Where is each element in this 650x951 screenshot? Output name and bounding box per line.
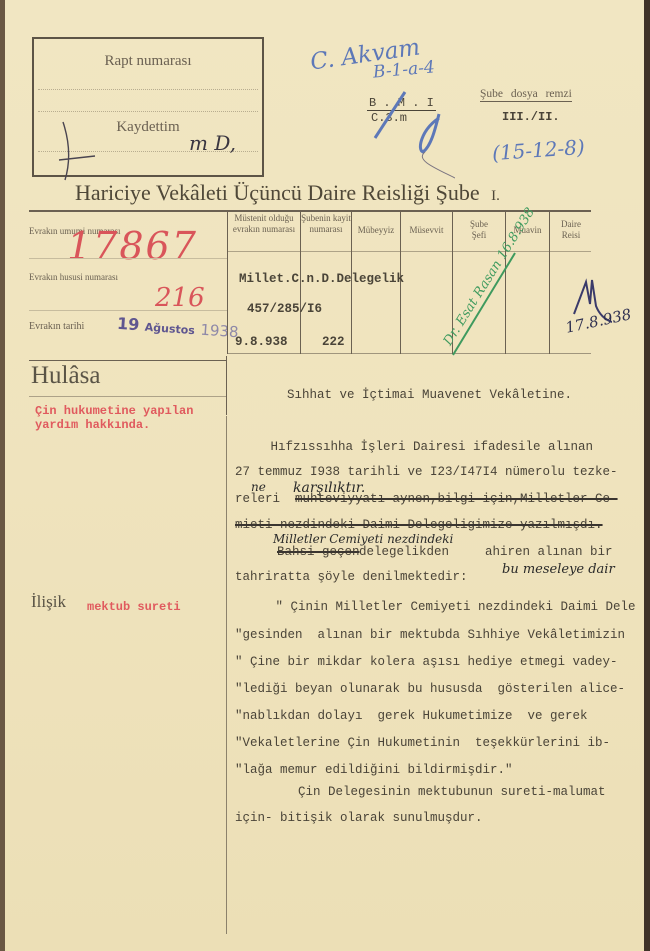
letter-line: "lağa memur edildiğini bildirmişdir." (235, 763, 513, 777)
letter-line: releri (235, 492, 280, 506)
letter-addressee: Sıhhat ve İçtimai Muavenet Vekâletine. (287, 388, 572, 402)
mustenit-line2: 457/285/I6 (247, 302, 322, 316)
hulasa-text-line1: Çin hukumetine yapılan (35, 404, 193, 418)
column-divider (226, 356, 227, 415)
letter-line: için- bitişik olarak sunulmuşdur. (235, 811, 483, 825)
mustenit-date: 9.8.938 (235, 335, 288, 349)
rapt-dotted-line (38, 89, 258, 90)
column-divider (226, 416, 227, 934)
letter-line-struck: Bahsi geçen (277, 545, 360, 559)
hususi-value: 216 (155, 283, 205, 313)
col-header-musevvit: Müsevvit (401, 225, 452, 236)
letter-line-struck: muhteviyyatı aynen,bilgi için,Milletler … (295, 492, 618, 506)
handwritten-insert-bu-meseleye: bu meseleye dair (502, 562, 615, 577)
hulasa-rule (29, 396, 227, 397)
letter-line: "gesinden alınan bir mektubda Sıhhiye Ve… (235, 628, 625, 642)
scan-right-edge (644, 0, 650, 951)
date-stamp: 19 Ağustos 1938 (116, 314, 239, 341)
col-header-sube-sefi: Şube Şefi (465, 219, 493, 241)
letter-line: tahriratta şöyle denilmektedir: (235, 570, 468, 584)
ilisik-value: mektub sureti (87, 600, 181, 614)
rapt-title: Rapt numarası (34, 53, 262, 70)
rapt-dotted-line (38, 111, 258, 112)
letter-line: delegelikden (359, 545, 449, 559)
letter-line: Hıfzıssıhha İşleri Dairesi ifadesile alı… (248, 440, 593, 454)
date-stamp-month: Ağustos (144, 321, 195, 337)
letter-line: Çin Delegesinin mektubunun sureti-maluma… (253, 785, 606, 799)
page-title: Hariciye Vekâleti Üçüncü Daire Reisliği … (75, 180, 500, 206)
letter-line: "Vekaletlerine Çin Hukumetinin teşekkürl… (235, 736, 610, 750)
date-stamp-day: 19 (116, 314, 140, 335)
letter-line: 27 temmuz I938 tarihli ve I23/I47I4 nüme… (235, 465, 618, 479)
header-sube-number: I. (491, 188, 500, 204)
tarih-label: Evrakın tarihi (29, 321, 84, 332)
ilisik-label: İlişik (31, 592, 66, 612)
col-header-mubeyyiz: Mübeyyiz (352, 225, 400, 236)
letter-line: " Çine bir mikdar kolera aşısı hediye et… (235, 655, 618, 669)
header-title: Hariciye Vekâleti Üçüncü Daire Reisliği … (75, 180, 480, 205)
kaydettim-initials: m D, (189, 131, 236, 155)
letter-line: ahiren alınan bir (485, 545, 613, 559)
col-header-daire-reisi: Daire Reisi (557, 219, 585, 241)
col-divider (549, 211, 550, 354)
hulasa-text-line2: yardım hakkında. (35, 418, 150, 432)
field-divider (29, 310, 227, 311)
routing-table: Müstenit olduğu evrakın numarası Şubenin… (227, 211, 591, 354)
sube-dosya-remzi-value: III./II. (502, 110, 560, 124)
handwritten-insert-milletler: Milletler Cemiyeti nezdindeki (273, 532, 453, 546)
letter-line: " Çinin Milletler Cemiyeti nezdindeki Da… (253, 600, 636, 614)
handwritten-b1a4: B-1-a-4 (372, 57, 435, 82)
col-header-mustenit: Müstenit olduğu evrakın numarası (228, 213, 300, 235)
col-header-sube-kayit: Şubenin kayit numarası (301, 213, 351, 235)
hususi-label: Evrakın hususi numarası (29, 272, 118, 282)
letter-line: "lediği beyan olunarak bu hususda göster… (235, 682, 625, 696)
umumi-value: 17867 (67, 224, 198, 268)
sube-kayit-no: 222 (322, 335, 345, 349)
mustenit-line1: Millet.C.n.D.Delegelik (239, 272, 404, 286)
hulasa-label: Hulâsa (31, 362, 100, 390)
letter-line-struck: mieti nezdindeki Daimi Delegeligimize ya… (235, 518, 603, 532)
blue-scribble-icon (365, 90, 455, 180)
header-row-divider (227, 251, 591, 252)
table-bottom-rule (227, 353, 591, 354)
field-divider (29, 258, 227, 259)
green-underline-icon (449, 251, 519, 357)
letter-line: "nablıkdan dolayı gerek Hukumetimize ve … (235, 709, 588, 723)
hulasa-top-rule (29, 360, 227, 361)
handwritten-date-note: (15-12-8) (491, 135, 585, 165)
sube-dosya-remzi-label: Şube dosya remzi (480, 88, 572, 102)
document-page: Rapt numarası Kaydettim m D, C. Akvam B-… (5, 0, 645, 951)
